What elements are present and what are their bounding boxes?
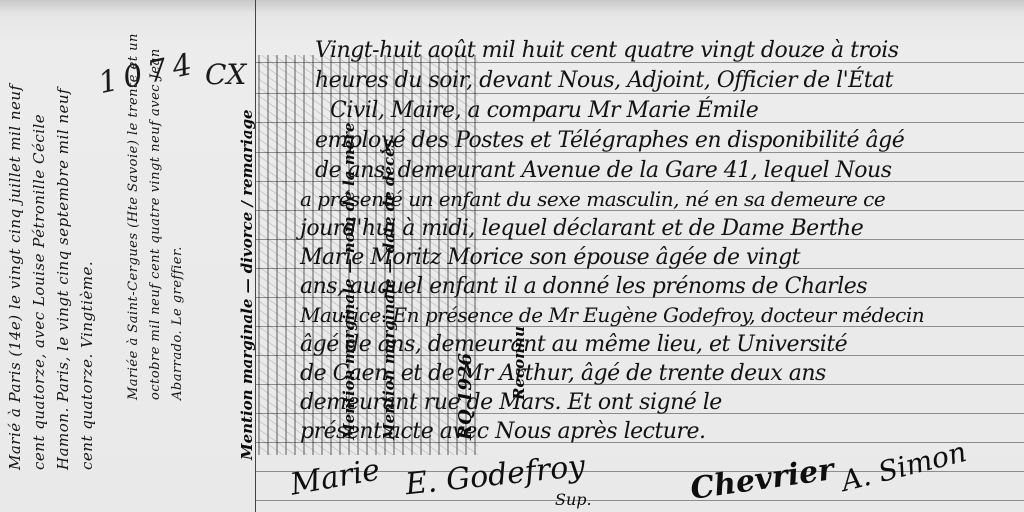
body-line: Maurice. En présence de Mr Eugène Godefr…: [300, 303, 924, 327]
body-line: jourd'hui à midi, lequel déclarant et de…: [300, 216, 863, 241]
body-line: demeurant rue de Mars. Et ont signé le: [300, 390, 722, 415]
body-line: de Caen, et de Mr Arthur, âgé de trente …: [300, 361, 826, 386]
margin-note-2-line-2: octobre mil neuf cent quatre vingt neuf …: [148, 48, 163, 400]
body-line: heures du soir, devant Nous, Adjoint, Of…: [315, 68, 893, 93]
margin-note-1-line-2: cent quatorze, avec Louise Pétronille Cé…: [30, 114, 48, 470]
margin-note-1-line-1: Marié à Paris (14e) le vingt cinq juille…: [6, 84, 24, 470]
body-line: de ans, demeurant Avenue de la Gare 41, …: [315, 158, 892, 183]
body-line: âgé de ans, demeurant au même lieu, et U…: [300, 332, 847, 357]
signature-subscript: Sup.: [555, 490, 592, 509]
act-mark: CX: [205, 58, 246, 91]
ruled-line: [255, 500, 1024, 501]
margin-note-1-line-3: Hamon. Paris, le vingt cinq septembre mi…: [54, 88, 72, 470]
signature: Marie: [288, 452, 383, 502]
body-line: Civil, Maire, a comparu Mr Marie Émile: [330, 98, 758, 123]
body-line: ans, auquel enfant il a donné les prénom…: [300, 274, 867, 299]
body-line: présent acte avec Nous après lecture.: [300, 419, 705, 444]
signature: A. Simon: [838, 435, 970, 498]
body-line: Vingt-huit août mil huit cent quatre vin…: [315, 38, 899, 63]
margin-note-2-line-3: Abarrado. Le greffier.: [170, 246, 185, 400]
margin-note-2-line-1: Mariée à Saint-Cergues (Hte Savoie) le t…: [126, 33, 141, 400]
body-line: employé des Postes et Télégraphes en dis…: [315, 128, 904, 153]
body-line: a présenté un enfant du sexe masculin, n…: [300, 187, 885, 211]
body-line: Marie Moritz Morice son épouse âgée de v…: [300, 245, 800, 270]
scanned-register-page: Marié à Paris (14e) le vingt cinq juille…: [0, 0, 1024, 512]
vertical-annotation: Mention marginale — divorce / remariage: [238, 109, 256, 460]
signature: Chevrier: [688, 452, 836, 507]
margin-note-1-line-4: cent quatorze. Vingtième.: [78, 261, 96, 470]
